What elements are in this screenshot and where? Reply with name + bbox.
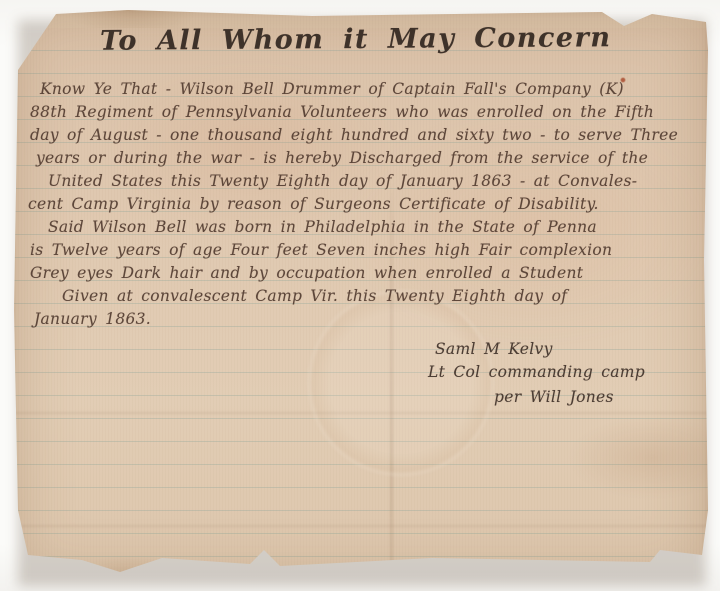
handwritten-line: day of August - one thousand eight hundr… <box>30 126 678 144</box>
handwritten-line: 88th Regiment of Pennsylvania Volunteers… <box>30 103 654 121</box>
handwritten-line: January 1863. <box>34 310 151 328</box>
handwritten-line: years or during the war - is hereby Disc… <box>36 149 648 167</box>
handwritten-line: Said Wilson Bell was born in Philadelphi… <box>48 218 597 236</box>
document-paper: To All Whom it May Concern Know Ye That … <box>12 10 708 582</box>
handwritten-line: Given at convalescent Camp Vir. this Twe… <box>62 287 567 305</box>
embossed-circle-watermark <box>308 290 494 476</box>
document-title: To All Whom it May Concern <box>100 22 612 57</box>
signature-per: per Will Jones <box>494 388 614 406</box>
handwritten-line: Grey eyes Dark hair and by occupation wh… <box>30 264 583 282</box>
handwritten-line: cent Camp Virginia by reason of Surgeons… <box>28 195 599 213</box>
document-scan: To All Whom it May Concern Know Ye That … <box>0 0 720 591</box>
signature-name: Saml M Kelvy <box>435 340 553 358</box>
handwritten-line: is Twelve years of age Four feet Seven i… <box>30 241 612 259</box>
signature-rank: Lt Col commanding camp <box>428 363 645 381</box>
handwritten-line: Know Ye That - Wilson Bell Drummer of Ca… <box>40 80 624 98</box>
handwritten-line: United States this Twenty Eighth day of … <box>48 172 637 190</box>
horizontal-fold-crease <box>12 525 708 527</box>
